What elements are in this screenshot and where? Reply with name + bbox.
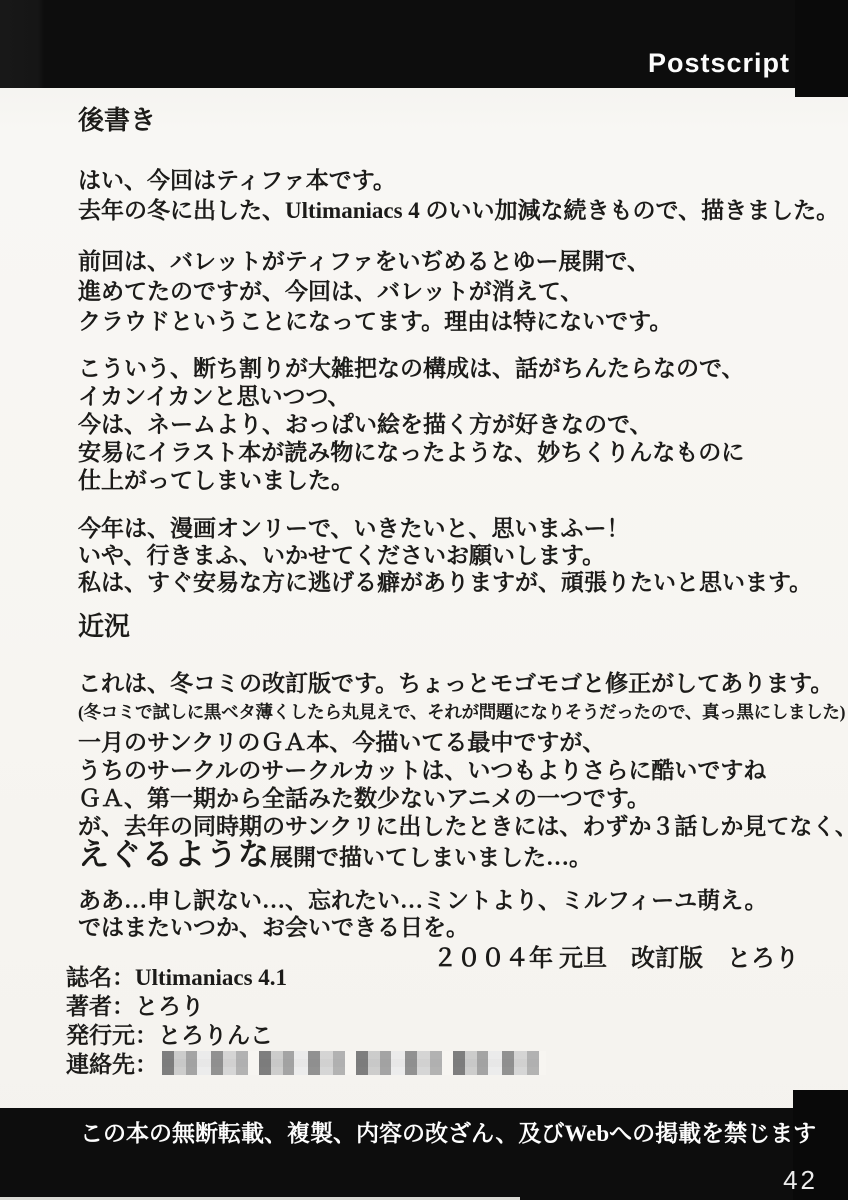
paragraph-6: 一月のサンクリのＧＡ本、今描いてる最中ですが、 うちのサークルのサークルカットは… (78, 729, 848, 872)
text-line: ではまたいつか、お会いできる日を。 (78, 914, 768, 941)
text-line: こういう、断ち割りが大雑把なの構成は、話がちんたらなので、 (78, 355, 745, 383)
colophon-title: 誌名：Ultimaniacs 4.1 (66, 963, 546, 992)
text-line: 前回は、バレットがティファをいぢめるとゆー展開で、 (78, 247, 672, 277)
paragraph-7: ああ…申し訳ない…、忘れたい…ミントより、ミルフィーユ萌え。 ではまたいつか、お… (78, 887, 768, 941)
scan-artifact-top-right (795, 0, 848, 97)
text-line: いや、行きまふ、いかせてくださいお願いします。 (78, 542, 812, 569)
emphasis-line: えぐるような展開で描いてしまいました…。 (78, 841, 848, 872)
text-line: 進めてたのですが、今回は、バレットが消えて、 (78, 277, 672, 307)
redacted-contact-mosaic (162, 1051, 546, 1075)
emphasis-rest: 展開で描いてしまいました…。 (270, 845, 592, 870)
colophon-contact: 連絡先： (66, 1050, 546, 1079)
colophon-author: 著者：とろり (66, 992, 546, 1021)
text-line: ああ…申し訳ない…、忘れたい…ミントより、ミルフィーユ萌え。 (78, 887, 768, 914)
section-title: 近況 (78, 612, 130, 642)
page-title: Postscript (648, 48, 790, 79)
emphasis-text: えぐるような (78, 837, 270, 872)
paragraph-5: これは、冬コミの改訂版です。ちょっとモゴモゴと修正がしてあります。 (冬コミで試… (78, 669, 845, 726)
contact-label: 連絡先： (66, 1052, 158, 1077)
text-line: ＧＡ、第一期から全話みた数少ないアニメの一つです。 (78, 785, 848, 813)
text-line: 仕上がってしまいました。 (78, 467, 745, 495)
paragraph-1: はい、今回はティファ本です。 去年の冬に出した、Ultimaniacs 4 のい… (78, 166, 839, 226)
paragraph-4: 今年は、漫画オンリーで、いきたいと、思いまふー！ いや、行きまふ、いかせてくださ… (78, 515, 812, 596)
top-banner: Postscript (0, 0, 848, 88)
bottom-banner: この本の無断転載、複製、内容の改ざん、及びWebへの掲載を禁じます 42 (0, 1108, 848, 1200)
doujinshi-postscript-page: Postscript 後書き はい、今回はティファ本です。 去年の冬に出した、U… (0, 0, 848, 1200)
section-title: 後書き (78, 106, 156, 136)
text-line: はい、今回はティファ本です。 (78, 166, 839, 196)
text-line: クラウドということになってます。理由は特にないです。 (78, 307, 672, 337)
copyright-disclaimer: この本の無断転載、複製、内容の改ざん、及びWebへの掲載を禁じます (80, 1115, 816, 1148)
news-heading: 近況 (78, 612, 130, 642)
text-line: 今は、ネームより、おっぱい絵を描く方が好きなので、 (78, 411, 745, 439)
paragraph-2: 前回は、バレットがティファをいぢめるとゆー展開で、 進めてたのですが、今回は、バ… (78, 247, 672, 337)
paragraph-3: こういう、断ち割りが大雑把なの構成は、話がちんたらなので、 イカンイカンと思いつ… (78, 355, 745, 495)
colophon-publisher: 発行元：とろりんこ (66, 1021, 546, 1050)
page-number: 42 (783, 1165, 818, 1196)
colophon: 誌名：Ultimaniacs 4.1 著者：とろり 発行元：とろりんこ 連絡先： (66, 963, 546, 1079)
text-line: 去年の冬に出した、Ultimaniacs 4 のいい加減な続きもので、描きました… (78, 196, 839, 226)
text-line: これは、冬コミの改訂版です。ちょっとモゴモゴと修正がしてあります。 (78, 669, 845, 699)
text-line: うちのサークルのサークルカットは、いつもよりさらに酷いですね (78, 757, 848, 785)
text-line: 今年は、漫画オンリーで、いきたいと、思いまふー！ (78, 515, 812, 542)
text-line: 一月のサンクリのＧＡ本、今描いてる最中ですが、 (78, 729, 848, 757)
afterword-heading: 後書き (78, 106, 156, 136)
parenthetical-note: (冬コミで試しに黒ベタ薄くしたら丸見えで、それが問題になりそうだったので、真っ黒… (78, 699, 845, 726)
text-line: 私は、すぐ安易な方に逃げる癖がありますが、頑張りたいと思います。 (78, 569, 812, 596)
text-line: イカンイカンと思いつつ、 (78, 383, 745, 411)
text-line: 安易にイラスト本が読み物になったような、妙ちくりんなものに (78, 439, 745, 467)
